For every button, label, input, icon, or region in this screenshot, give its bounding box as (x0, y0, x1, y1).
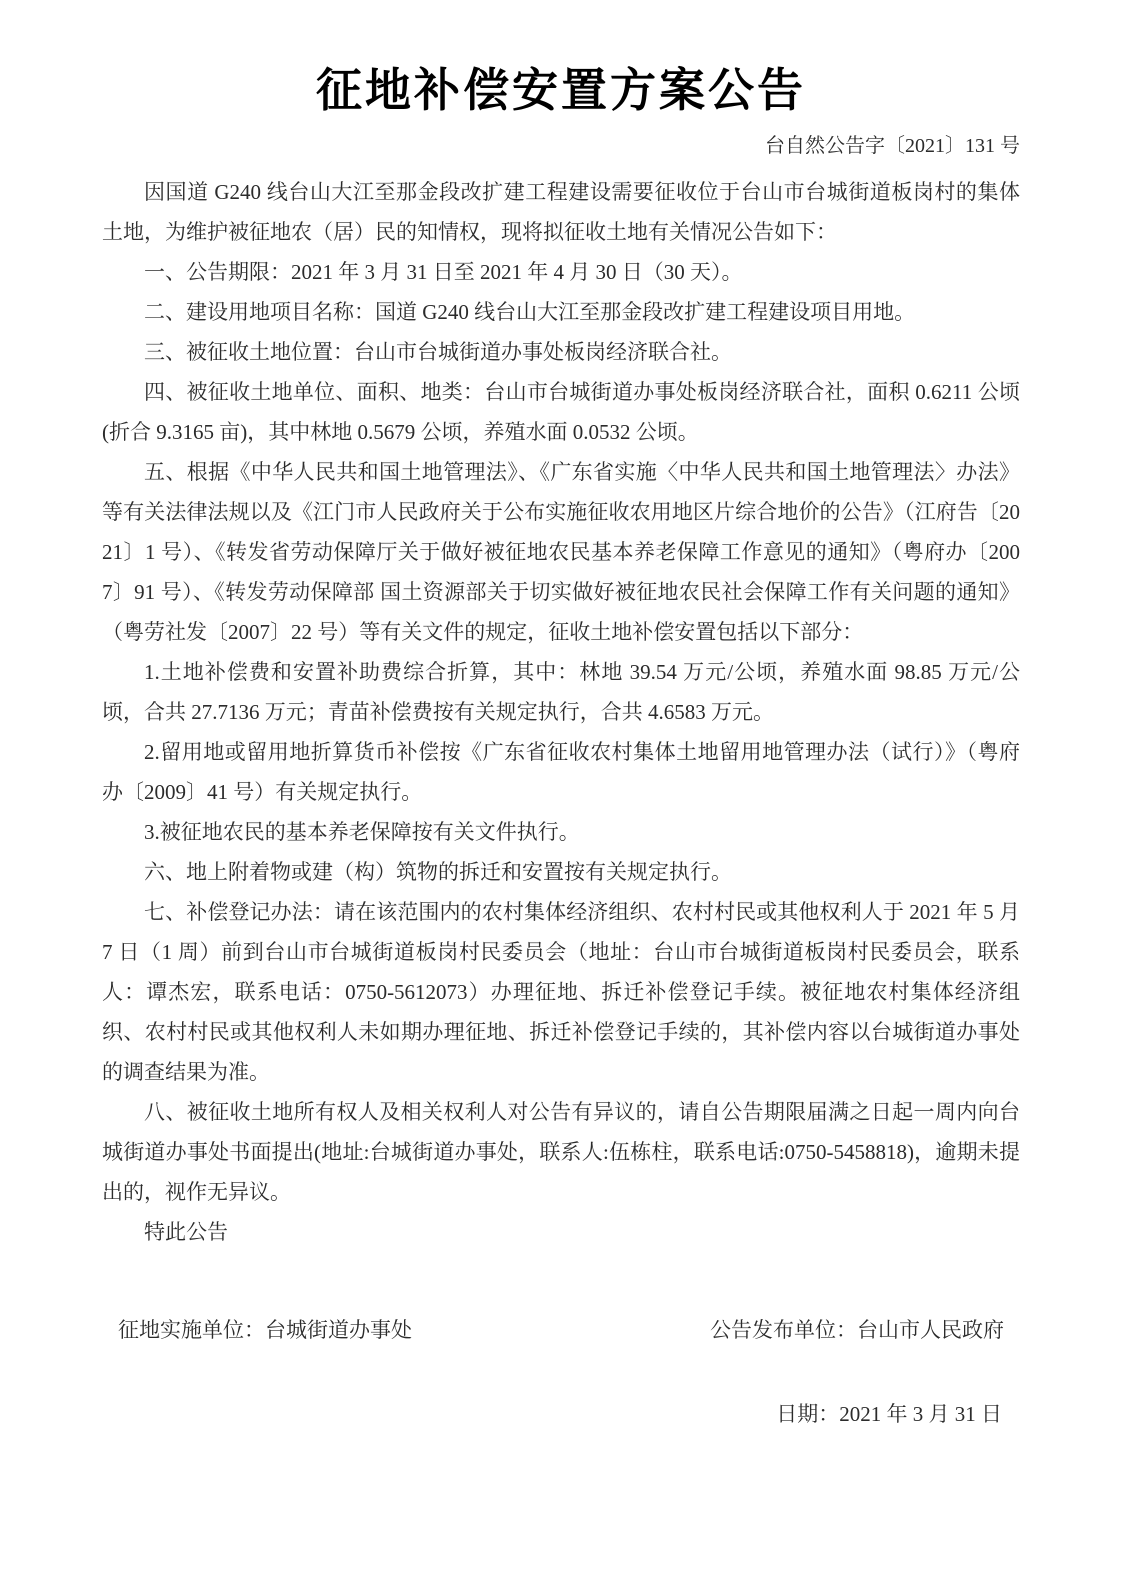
date-row: 日期：2021 年 3 月 31 日 (102, 1398, 1020, 1430)
footer-units-row: 征地实施单位：台城街道办事处 公告发布单位：台山市人民政府 (102, 1314, 1020, 1346)
page-title: 征地补偿安置方案公告 (102, 60, 1020, 122)
paragraph-item-6: 六、地上附着物或建（构）筑物的拆迁和安置按有关规定执行。 (102, 852, 1020, 892)
paragraph-item-5-sub-2: 2.留用地或留用地折算货币补偿按《广东省征收农村集体土地留用地管理办法（试行）》… (102, 732, 1020, 812)
paragraph-item-4: 四、被征收土地单位、面积、地类：台山市台城街道办事处板岗经济联合社，面积 0.6… (102, 372, 1020, 452)
paragraph-closing: 特此公告 (102, 1212, 1020, 1252)
paragraph-intro: 因国道 G240 线台山大江至那金段改扩建工程建设需要征收位于台山市台城街道板岗… (102, 172, 1020, 252)
implementing-unit-label: 征地实施单位：台城街道办事处 (118, 1314, 412, 1346)
paragraph-item-5: 五、根据《中华人民共和国土地管理法》、《广东省实施〈中华人民共和国土地管理法〉办… (102, 452, 1020, 652)
paragraph-item-2: 二、建设用地项目名称：国道 G240 线台山大江至那金段改扩建工程建设项目用地。 (102, 292, 1020, 332)
publishing-unit-label: 公告发布单位：台山市人民政府 (710, 1314, 1004, 1346)
paragraph-item-1: 一、公告期限：2021 年 3 月 31 日至 2021 年 4 月 30 日（… (102, 252, 1020, 292)
paragraph-item-3: 三、被征收土地位置：台山市台城街道办事处板岗经济联合社。 (102, 332, 1020, 372)
announcement-date: 日期：2021 年 3 月 31 日 (776, 1402, 1002, 1426)
paragraph-item-7: 七、补偿登记办法：请在该范围内的农村集体经济组织、农村村民或其他权利人于 202… (102, 892, 1020, 1092)
paragraph-item-5-sub-3: 3.被征地农民的基本养老保障按有关文件执行。 (102, 812, 1020, 852)
paragraph-item-8: 八、被征收土地所有权人及相关权利人对公告有异议的，请自公告期限届满之日起一周内向… (102, 1092, 1020, 1212)
document-number: 台自然公告字〔2021〕131 号 (102, 132, 1020, 160)
paragraph-item-5-sub-1: 1.土地补偿费和安置补助费综合折算，其中：林地 39.54 万元/公顷，养殖水面… (102, 652, 1020, 732)
document-body: 因国道 G240 线台山大江至那金段改扩建工程建设需要征收位于台山市台城街道板岗… (102, 172, 1020, 1252)
announcement-page: 征地补偿安置方案公告 台自然公告字〔2021〕131 号 因国道 G240 线台… (0, 0, 1122, 1587)
